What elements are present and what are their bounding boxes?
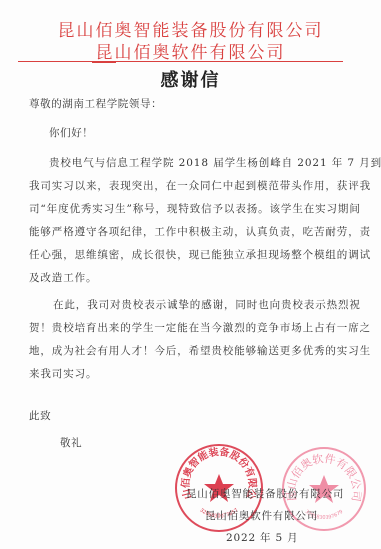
paragraph-2-line: 来我司实习。 bbox=[29, 366, 97, 381]
paragraph-1-line: 贵校电气与信息工程学院 2018 届学生杨创峰自 2021 年 7 月到 bbox=[49, 155, 381, 170]
paragraph-1-line: 及改造工作。 bbox=[29, 270, 97, 285]
closing-line-1: 此致 bbox=[29, 408, 51, 423]
paragraph-1-line: 任心强，思维缜密，成长很快，现已能独立承担现场整个模组的调试 bbox=[29, 247, 371, 262]
signature-company-1: 昆山佰奥智能装备股份有限公司 bbox=[186, 486, 344, 501]
letterhead-divider-accent bbox=[92, 62, 116, 63]
signature-company-2: 昆山佰奥软件有限公司 bbox=[205, 508, 318, 523]
paragraph-1-line: 能够严格遵守各项纪律，工作中积极主动，认真负责，吃苦耐劳，责 bbox=[29, 224, 371, 239]
paragraph-2-line: 在此，我司对贵校表示诚挚的感谢，同时也向贵校表示热烈祝 bbox=[53, 297, 361, 312]
paragraph-1-line: 司“年度优秀实习生”称号，现特致信予以表扬。该学生在实习期间 bbox=[29, 201, 361, 216]
paragraph-2-line: 贺！贵校培育出来的学生一定能在当今激烈的竞争市场上占有一席之 bbox=[29, 320, 371, 335]
paragraph-2-line: 地，成为社会有用人才！今后，希望贵校能够输送更多优秀的实习生 bbox=[29, 343, 371, 358]
letter-page: 昆山佰奥智能装备股份有限公司 昆山佰奥软件有限公司 感谢信 尊敬的湖南工程学院领… bbox=[0, 0, 381, 549]
letter-title: 感谢信 bbox=[0, 66, 381, 92]
paragraph-1-line: 我司实习以来，表现突出，在一众同仁中起到模范带头作用，获评我 bbox=[29, 178, 371, 193]
closing-line-2: 敬礼 bbox=[60, 435, 82, 450]
greeting: 你们好！ bbox=[49, 125, 93, 140]
letterhead-company-2: 昆山佰奥软件有限公司 bbox=[0, 38, 381, 63]
signature-date: 2022 年 5 月 bbox=[226, 530, 298, 545]
salutation: 尊敬的湖南工程学院领导： bbox=[29, 96, 162, 111]
letterhead-divider bbox=[18, 61, 343, 62]
